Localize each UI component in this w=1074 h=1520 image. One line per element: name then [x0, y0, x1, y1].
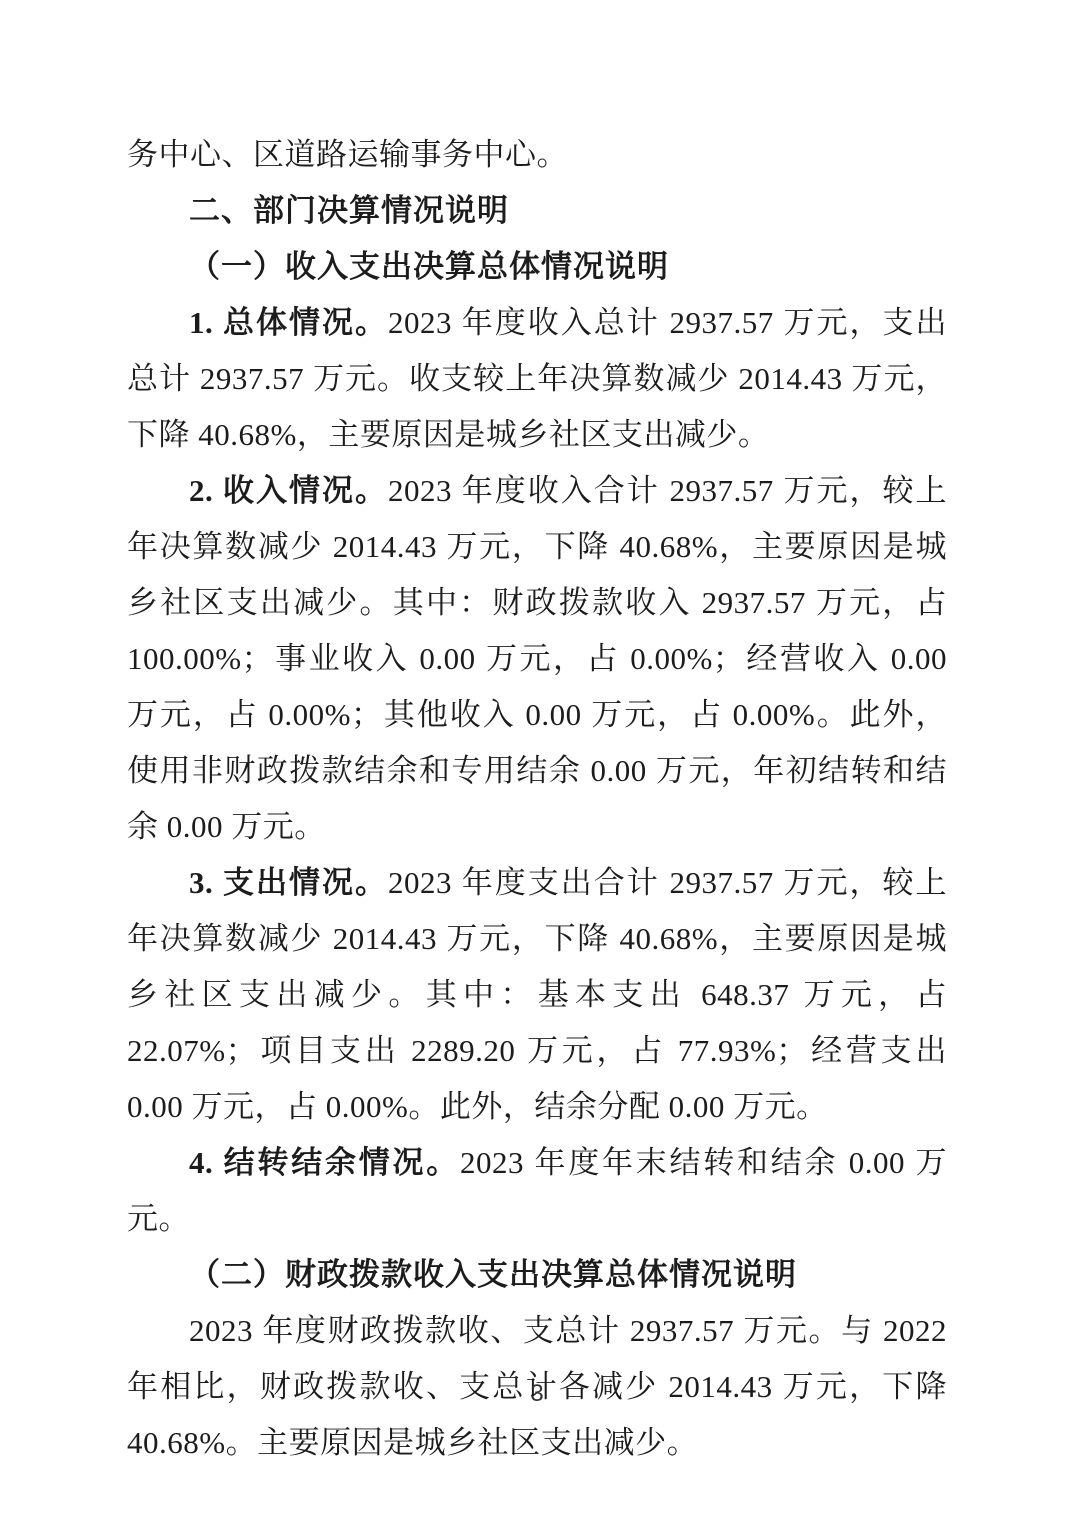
page-number: 3	[0, 1378, 1074, 1410]
paragraph-lead: 3. 支出情况。	[189, 865, 388, 900]
subsection-heading-1: （一）收入支出决算总体情况说明	[127, 239, 947, 295]
paragraph-continuation: 务中心、区道路运输事务中心。	[127, 127, 947, 183]
paragraph-expenditure-situation: 3. 支出情况。2023 年度支出合计 2937.57 万元，较上年决算数减少 …	[127, 855, 947, 1135]
document-content: 务中心、区道路运输事务中心。 二、部门决算情况说明 （一）收入支出决算总体情况说…	[127, 127, 947, 1471]
paragraph-lead: 1. 总体情况。	[189, 305, 388, 340]
paragraph-overall-situation: 1. 总体情况。2023 年度收入总计 2937.57 万元，支出总计 2937…	[127, 295, 947, 463]
paragraph-lead: 4. 结转结余情况。	[189, 1145, 460, 1180]
paragraph-carryover-situation: 4. 结转结余情况。2023 年度年末结转和结余 0.00 万元。	[127, 1135, 947, 1247]
paragraph-lead: 2. 收入情况。	[189, 473, 388, 508]
paragraph-text: 2023 年度支出合计 2937.57 万元，较上年决算数减少 2014.43 …	[127, 865, 947, 1124]
paragraph-text: 2023 年度收入合计 2937.57 万元，较上年决算数减少 2014.43 …	[127, 473, 947, 844]
paragraph-income-situation: 2. 收入情况。2023 年度收入合计 2937.57 万元，较上年决算数减少 …	[127, 463, 947, 855]
document-page: 务中心、区道路运输事务中心。 二、部门决算情况说明 （一）收入支出决算总体情况说…	[0, 0, 1074, 1520]
subsection-heading-2: （二）财政拨款收入支出决算总体情况说明	[127, 1247, 947, 1303]
section-heading: 二、部门决算情况说明	[127, 183, 947, 239]
